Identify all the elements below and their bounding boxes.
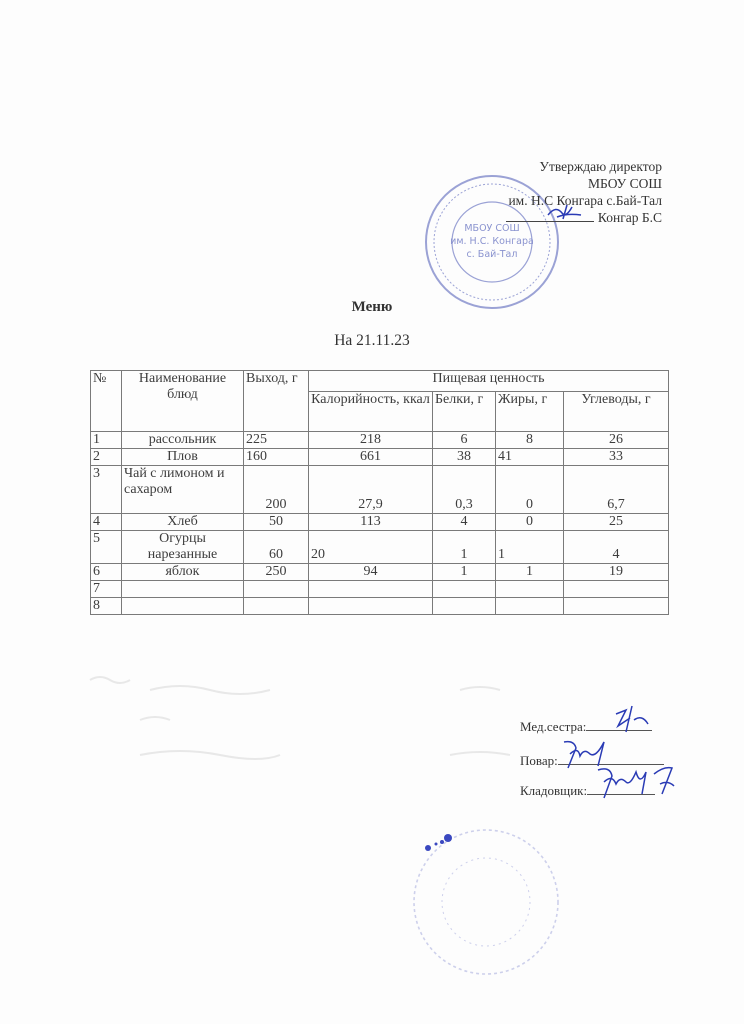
dish-fat	[496, 598, 564, 615]
dish-yield: 225	[244, 432, 309, 449]
dish-calories: 20	[309, 531, 433, 564]
header-protein: Белки, г	[433, 392, 496, 432]
dish-carbs	[564, 581, 669, 598]
dish-calories: 113	[309, 514, 433, 531]
dish-yield	[244, 598, 309, 615]
dish-name: Плов	[122, 449, 244, 466]
dish-fat: 41	[496, 449, 564, 466]
header-name: Наименование блюд	[122, 371, 244, 432]
dish-yield: 50	[244, 514, 309, 531]
header-fat: Жиры, г	[496, 392, 564, 432]
dish-yield: 250	[244, 564, 309, 581]
dish-carbs: 6,7	[564, 466, 669, 514]
dish-protein	[433, 598, 496, 615]
dish-name: Чай с лимоном и сахаром	[122, 466, 244, 514]
dish-fat: 8	[496, 432, 564, 449]
table-row: 5Огурцы нарезанные6020114	[91, 531, 669, 564]
row-number: 8	[91, 598, 122, 615]
dish-fat: 1	[496, 531, 564, 564]
dish-name: рассольник	[122, 432, 244, 449]
dish-calories	[309, 581, 433, 598]
dish-fat: 1	[496, 564, 564, 581]
dish-calories: 661	[309, 449, 433, 466]
dish-protein: 4	[433, 514, 496, 531]
dish-calories: 218	[309, 432, 433, 449]
table-row: 7	[91, 581, 669, 598]
dish-protein: 1	[433, 564, 496, 581]
nurse-signature-icon	[612, 704, 652, 734]
bleed-through-text	[80, 660, 520, 780]
menu-date: На 21.11.23	[0, 332, 744, 350]
table-row: 4Хлеб501134025	[91, 514, 669, 531]
row-number: 7	[91, 581, 122, 598]
document-title: Меню	[0, 299, 744, 316]
dish-carbs: 26	[564, 432, 669, 449]
header-calories: Калорийность, ккал	[309, 392, 433, 432]
table-row: 3Чай с лимоном и сахаром20027,90,306,7	[91, 466, 669, 514]
row-number: 6	[91, 564, 122, 581]
dish-carbs: 4	[564, 531, 669, 564]
table-row: 8	[91, 598, 669, 615]
dish-calories: 27,9	[309, 466, 433, 514]
table-row: 2Плов160661384133	[91, 449, 669, 466]
dish-name: Огурцы нарезанные	[122, 531, 244, 564]
dish-calories: 94	[309, 564, 433, 581]
menu-table: № Наименование блюд Выход, г Пищевая цен…	[90, 370, 669, 615]
row-number: 2	[91, 449, 122, 466]
dish-protein	[433, 581, 496, 598]
dish-fat: 0	[496, 466, 564, 514]
cook-label: Повар:	[520, 753, 558, 768]
dish-fat	[496, 581, 564, 598]
dish-calories	[309, 598, 433, 615]
approval-line-2: МБОУ СОШ	[506, 175, 662, 192]
dish-name	[122, 581, 244, 598]
row-number: 5	[91, 531, 122, 564]
table-row: 1рассольник2252186826	[91, 432, 669, 449]
approval-signer: Конгар Б.С	[598, 210, 662, 225]
faint-stamp	[398, 818, 578, 978]
dish-fat: 0	[496, 514, 564, 531]
storekeeper-signature-icon	[594, 764, 684, 800]
dish-yield: 160	[244, 449, 309, 466]
row-number: 4	[91, 514, 122, 531]
dish-yield: 60	[244, 531, 309, 564]
header-num: №	[91, 371, 122, 432]
director-signature-icon	[545, 203, 585, 221]
dish-carbs	[564, 598, 669, 615]
approval-line-1: Утверждаю директор	[506, 158, 662, 175]
dish-yield: 200	[244, 466, 309, 514]
dish-name: яблок	[122, 564, 244, 581]
nurse-label: Мед.сестра:	[520, 719, 586, 734]
row-number: 3	[91, 466, 122, 514]
dish-protein: 0,3	[433, 466, 496, 514]
svg-text:им. Н.С. Конгара: им. Н.С. Конгара	[450, 236, 534, 247]
dish-carbs: 33	[564, 449, 669, 466]
dish-protein: 1	[433, 531, 496, 564]
dish-name	[122, 598, 244, 615]
row-number: 1	[91, 432, 122, 449]
dish-protein: 38	[433, 449, 496, 466]
table-row: 6яблок250941119	[91, 564, 669, 581]
dish-carbs: 19	[564, 564, 669, 581]
dish-carbs: 25	[564, 514, 669, 531]
dish-yield	[244, 581, 309, 598]
header-carbs: Углеводы, г	[564, 392, 669, 432]
header-yield: Выход, г	[244, 371, 309, 432]
storekeeper-label: Кладовщик:	[520, 783, 587, 798]
dish-protein: 6	[433, 432, 496, 449]
dish-name: Хлеб	[122, 514, 244, 531]
svg-text:с. Бай-Тал: с. Бай-Тал	[467, 249, 518, 260]
header-nutrition: Пищевая ценность	[309, 371, 669, 392]
